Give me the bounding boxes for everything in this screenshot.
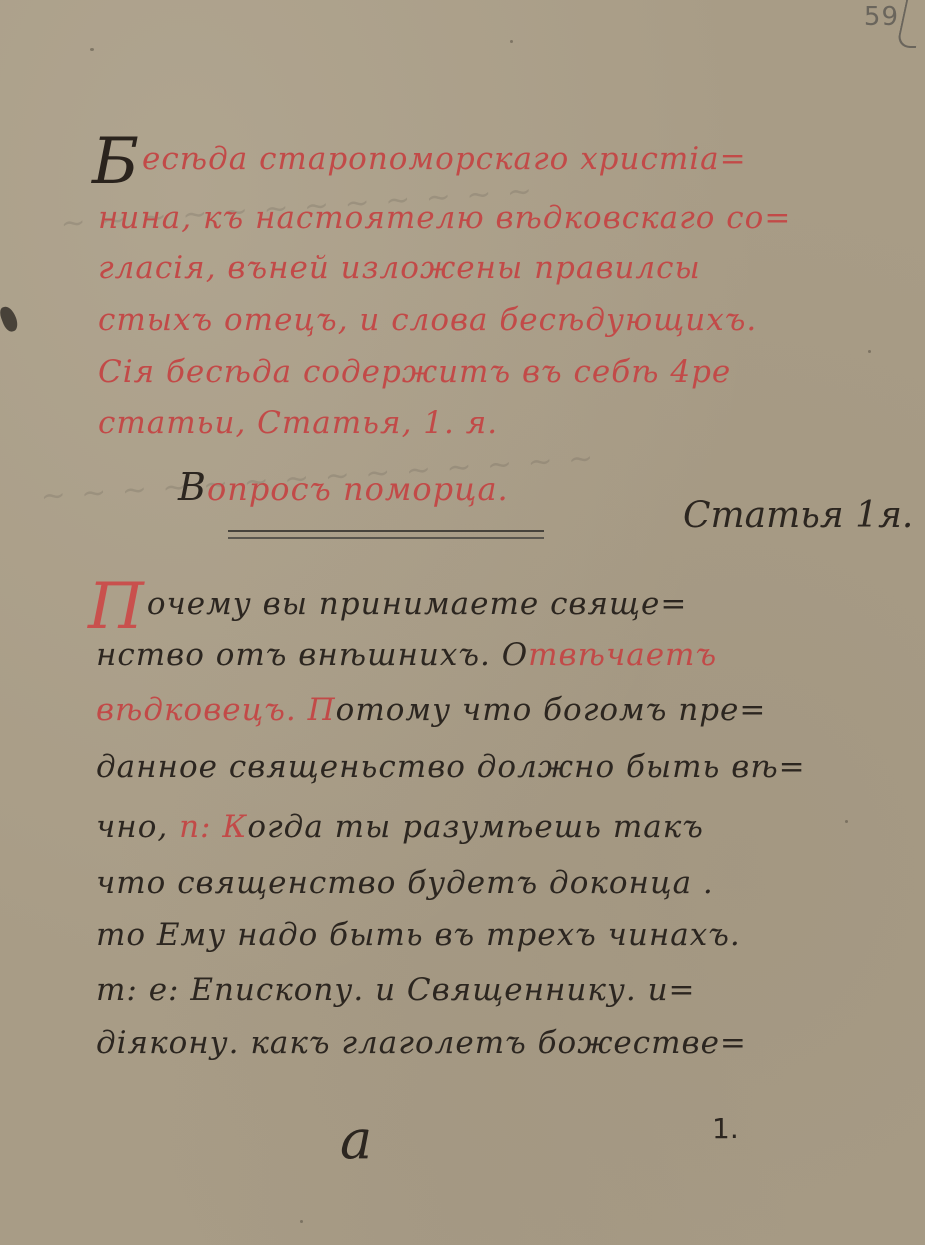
article-label: Статья 1я.: [683, 495, 913, 536]
folio-number: 59: [864, 2, 899, 32]
paper-speck: [90, 48, 94, 51]
heading-line-4: стыхъ отецъ, и слова бесѣдующихъ.: [98, 305, 757, 336]
heading-line-2: нина, къ настоятелю вѣдковскаго со=: [98, 203, 791, 234]
paper-speck: [845, 820, 848, 823]
body-line-9: діякону. какъ глаголетъ божестве=: [96, 1028, 747, 1059]
question-initial: В: [178, 465, 207, 509]
heading-line-1: Бесѣда старопоморскаго христіа=: [92, 130, 747, 194]
heading-line-6: статьи, Статья, 1. я.: [98, 408, 498, 439]
paper-speck: [510, 40, 513, 43]
double-rule-divider: [228, 530, 544, 539]
manuscript-page: ~ ~ ~ ~ ~ ~ ~ ~ ~ ~ ~ ~ ~ ~ ~ ~ ~ ~ ~ ~ …: [0, 0, 925, 1245]
body-line-7: то Ему надо быть въ трехъ чинахъ.: [96, 920, 741, 951]
body-line-8: т: е: Епископу. и Священнику. и=: [96, 975, 696, 1006]
body-line-2: нство отъ внѣшнихъ. Отвѣчаетъ: [96, 640, 717, 671]
signature-letter: а: [340, 1108, 372, 1171]
body-line-3: вѣдковецъ. Потому что богомъ пре=: [96, 695, 766, 726]
heading-initial: Б: [92, 130, 140, 194]
page-number: 1.: [712, 1112, 739, 1145]
heading-line-3: гласія, въней изложены правилсы: [98, 253, 701, 284]
folio-bracket-mark: [896, 0, 925, 48]
question-label: Вопросъ поморца.: [178, 468, 509, 506]
body-line-5: чно, п: Когда ты разумѣешь такъ: [96, 812, 704, 843]
body-line-6: что священство будетъ доконца .: [96, 868, 714, 899]
paper-speck: [868, 350, 871, 353]
body-line-4: данное священьство должно быть вѣ=: [96, 752, 806, 783]
body-line-1: Почему вы принимаете свяще=: [88, 575, 687, 639]
paper-speck: [300, 1220, 303, 1223]
heading-line-5: Сія бесѣда содержитъ въ себѣ 4ре: [98, 357, 731, 388]
ink-blot: [0, 304, 20, 333]
